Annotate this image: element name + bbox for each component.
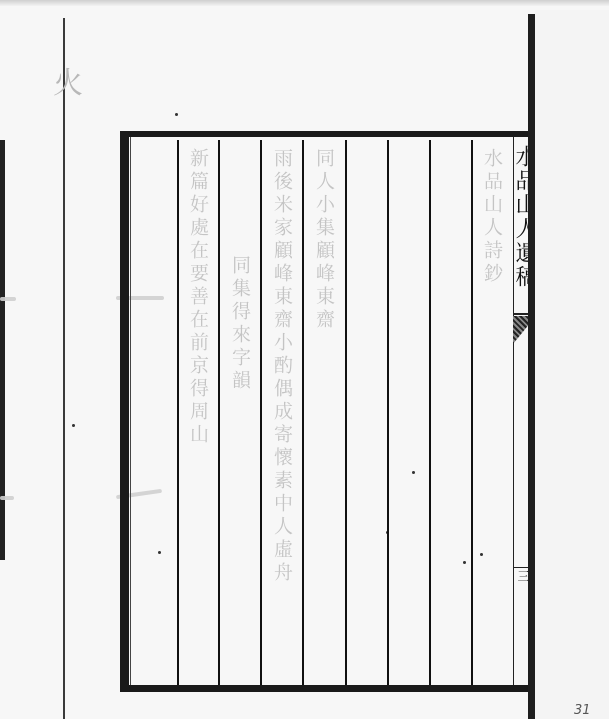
ink-speck bbox=[72, 424, 75, 427]
column-text: 同集得來字韻 bbox=[225, 255, 255, 393]
binding-thread bbox=[0, 297, 16, 301]
page-number: 31 bbox=[574, 703, 591, 718]
inner-rule bbox=[130, 137, 131, 685]
ink-speck bbox=[175, 113, 178, 116]
column-text: 新篇好處在要善在前京得周山 bbox=[183, 148, 213, 447]
margin-ink-mark: 火 bbox=[38, 64, 98, 104]
fishtail-rule bbox=[513, 313, 529, 315]
column-rule bbox=[387, 140, 389, 685]
column-text: 水品山人詩鈔 bbox=[477, 148, 507, 286]
column-rule bbox=[218, 140, 220, 685]
column-rule bbox=[345, 140, 347, 685]
column-text: 同人小集顧峰東齋 bbox=[309, 148, 339, 332]
adjacent-blank-page bbox=[535, 10, 609, 719]
binding-thread bbox=[0, 496, 14, 500]
fold-line bbox=[63, 18, 65, 719]
column-rule bbox=[429, 140, 431, 685]
block-heart-divider bbox=[513, 567, 529, 568]
column-rule bbox=[471, 140, 473, 685]
page-edge-shadow bbox=[528, 14, 535, 719]
scan-top-edge bbox=[0, 0, 609, 6]
column-rule bbox=[177, 140, 179, 685]
column-text: 雨後米家顧峰東齋小酌偶成寄懷素中人虛舟 bbox=[267, 148, 297, 585]
column-rule bbox=[302, 140, 304, 685]
column-rule bbox=[260, 140, 262, 685]
